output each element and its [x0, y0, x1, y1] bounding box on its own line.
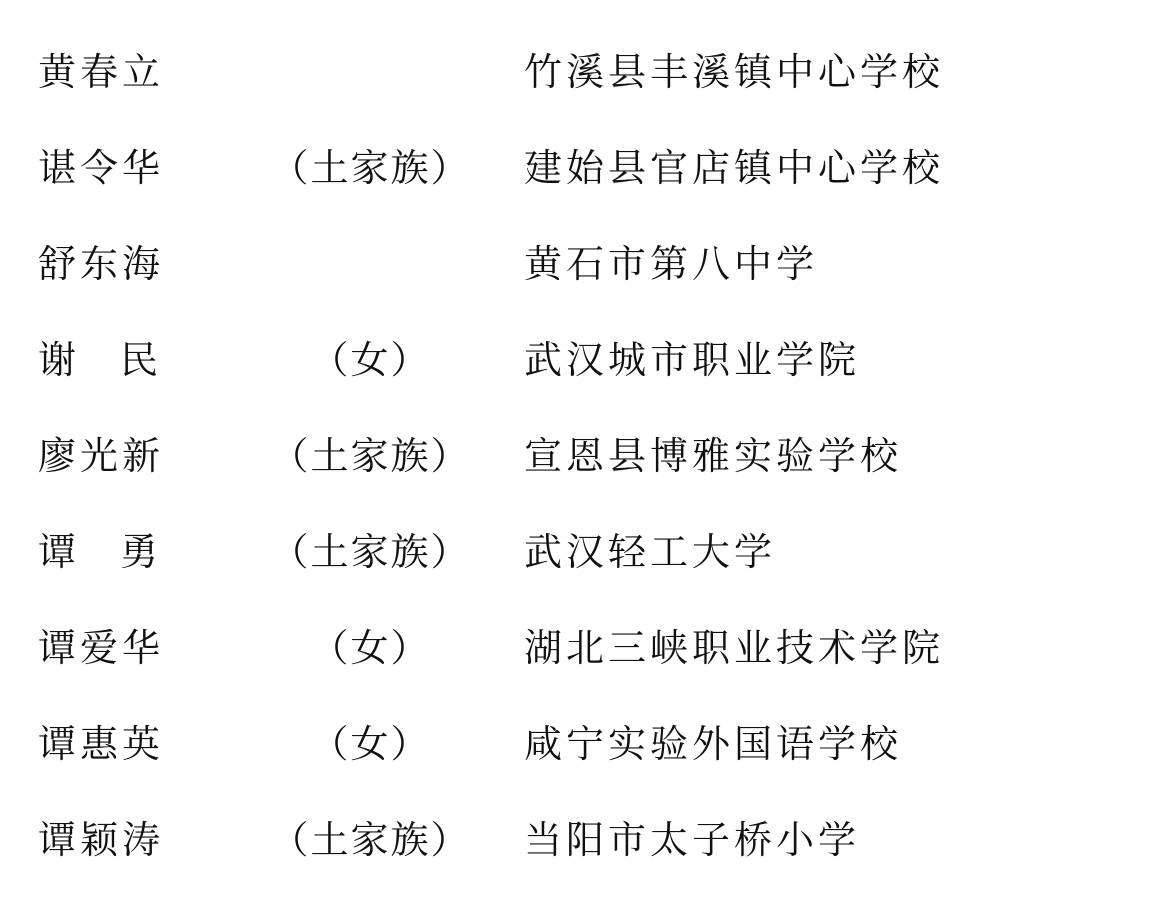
person-institution: 竹溪县丰溪镇中心学校	[524, 24, 944, 120]
person-institution: 咸宁实验外国语学校	[524, 696, 902, 792]
list-item: 舒东海 黄石市第八中学	[0, 216, 1167, 312]
list-item: 谌令华 （土家族） 建始县官店镇中心学校	[0, 120, 1167, 216]
person-note	[268, 216, 473, 312]
list-item: 谭勇 （土家族） 武汉轻工大学	[0, 504, 1167, 600]
person-name: 谭惠英	[38, 696, 168, 792]
list-item: 廖光新 （土家族） 宣恩县博雅实验学校	[0, 408, 1167, 504]
person-institution: 宣恩县博雅实验学校	[524, 408, 902, 504]
person-name: 谭爱华	[38, 600, 168, 696]
person-note: （女）	[268, 312, 473, 408]
person-name: 廖光新	[38, 408, 168, 504]
person-name: 舒东海	[38, 216, 168, 312]
person-note: （土家族）	[268, 792, 473, 888]
list-item: 谭惠英 （女） 咸宁实验外国语学校	[0, 696, 1167, 792]
person-institution: 当阳市太子桥小学	[524, 792, 860, 888]
list-item: 谢民 （女） 武汉城市职业学院	[0, 312, 1167, 408]
person-institution: 建始县官店镇中心学校	[524, 120, 944, 216]
person-name: 谭勇	[38, 504, 168, 600]
person-institution: 黄石市第八中学	[524, 216, 818, 312]
list-item: 谭爱华 （女） 湖北三峡职业技术学院	[0, 600, 1167, 696]
person-note: （女）	[268, 600, 473, 696]
person-note: （土家族）	[268, 504, 473, 600]
person-name: 谌令华	[38, 120, 168, 216]
person-note: （土家族）	[268, 120, 473, 216]
person-name: 谢民	[38, 312, 168, 408]
person-name: 谭颖涛	[38, 792, 168, 888]
person-institution: 湖北三峡职业技术学院	[524, 600, 944, 696]
list-item: 黄春立 竹溪县丰溪镇中心学校	[0, 24, 1167, 120]
person-institution: 武汉轻工大学	[524, 504, 776, 600]
person-institution: 武汉城市职业学院	[524, 312, 860, 408]
person-note	[268, 24, 473, 120]
list-item: 谭颖涛 （土家族） 当阳市太子桥小学	[0, 792, 1167, 888]
person-note: （土家族）	[268, 408, 473, 504]
person-note: （女）	[268, 696, 473, 792]
person-name: 黄春立	[38, 24, 168, 120]
